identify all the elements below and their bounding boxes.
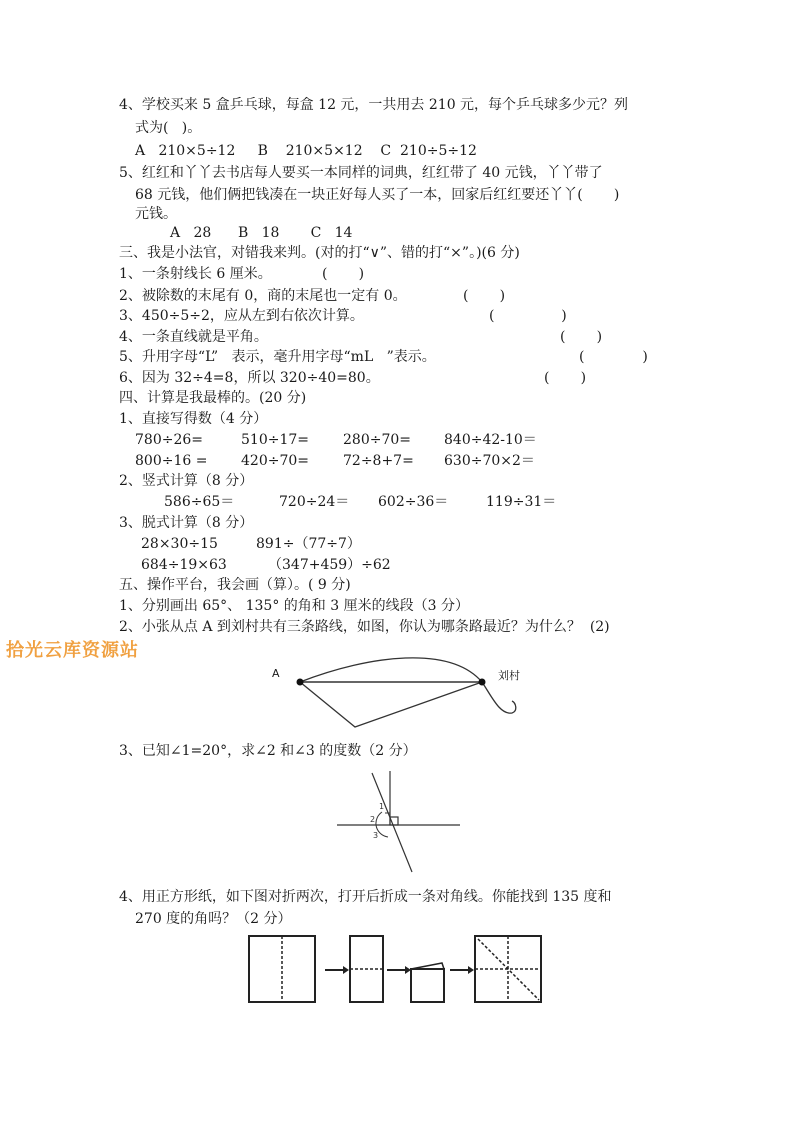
judge-item-6: 6、因为 32÷4=8，所以 320÷40=80。 (119, 369, 380, 387)
section-4-part2-title: 2、竖式计算（8 分） (119, 472, 253, 490)
judge-item-5: 5、升用字母“L” 表示，毫升用字母“mL ”表示。 (119, 348, 436, 366)
oral-calc-1-4: 840÷42-10＝ (444, 431, 537, 449)
point-a-label: A (272, 667, 280, 680)
section-4-part3-title: 3、脱式计算（8 分） (119, 514, 253, 532)
question-2-4-line1: 4、学校买来 5 盒乒乓球，每盒 12 元，一共用去 210 元，每个乒乓球多少… (119, 96, 628, 114)
svg-text:1: 1 (379, 802, 384, 811)
judge-item-4: 4、一条直线就是平角。 (119, 328, 268, 346)
operation-q4-line1: 4、用正方形纸，如下图对折两次，打开后折成一条对角线。你能找到 135 度和 (119, 888, 612, 906)
question-2-4-options: A 210×5÷12 B 210×5×12 C 210÷5÷12 (135, 142, 477, 160)
vertical-calc-4: 119÷31＝ (486, 493, 556, 511)
judge-item-1: 1、一条射线长 6 厘米。 (119, 265, 272, 283)
operation-q2: 2、小张从点 A 到刘村共有三条路线，如图，你认为哪条路最近？为什么？ (2) (119, 618, 610, 636)
step-calc-4: （347+459）÷62 (268, 556, 391, 574)
oral-calc-2-3: 72÷8+7= (343, 452, 414, 470)
operation-q4-line2: 270 度的角吗？（2 分） (135, 910, 292, 928)
judge-bracket-5[interactable]: ( ) (579, 348, 648, 366)
vertical-calc-3: 602÷36＝ (378, 493, 448, 511)
operation-q3: 3、已知∠1=20°，求∠2 和∠3 的度数（2 分） (119, 742, 417, 760)
svg-text:2: 2 (370, 815, 375, 824)
liucun-label: 刘村 (498, 667, 520, 683)
section-5-title: 五、操作平台，我会画（算）。( 9 分) (119, 576, 351, 594)
angle-figure: 1 2 3 (335, 768, 465, 873)
judge-bracket-4[interactable]: ( ) (560, 328, 602, 346)
oral-calc-2-4: 630÷70×2＝ (444, 452, 535, 470)
vertical-calc-2: 720÷24＝ (279, 493, 349, 511)
question-2-5-line1: 5、红红和丫丫去书店每人要买一本同样的词典，红红带了 40 元钱，丫丫带了 (119, 164, 603, 182)
question-2-4-line2: 式为( )。 (135, 119, 201, 137)
svg-text:3: 3 (373, 831, 378, 840)
step-calc-1: 28×30÷15 (141, 535, 218, 553)
watermark: 拾光云库资源站 (6, 636, 139, 662)
operation-q1: 1、分别画出 65°、 135° 的角和 3 厘米的线段（3 分） (119, 597, 469, 615)
oral-calc-2-2: 420÷70= (241, 452, 309, 470)
step-calc-3: 684÷19×63 (141, 556, 227, 574)
judge-item-2: 2、被除数的末尾有 0，商的末尾也一定有 0。 (119, 287, 407, 305)
question-2-5-line3: 元钱。 (135, 205, 177, 223)
question-2-5-line2: 68 元钱，他们俩把钱凑在一块正好每人买了一本，回家后红红要还丫丫( ) (135, 186, 619, 204)
judge-bracket-3[interactable]: ( ) (489, 307, 567, 325)
question-2-5-options: A 28 B 18 C 14 (170, 224, 352, 242)
section-3-title: 三、我是小法官，对错我来判。(对的打“∨”、错的打“×”。)(6 分) (119, 244, 520, 262)
oral-calc-1-1: 780÷26= (135, 431, 203, 449)
section-4-part1-title: 1、直接写得数（4 分） (119, 410, 267, 428)
oral-calc-1-3: 280÷70= (343, 431, 411, 449)
judge-bracket-6[interactable]: ( ) (544, 369, 586, 387)
oral-calc-1-2: 510÷17= (241, 431, 309, 449)
judge-bracket-2[interactable]: ( ) (463, 287, 505, 305)
vertical-calc-1: 586÷65＝ (164, 493, 234, 511)
section-4-title: 四、计算是我最棒的。(20 分) (119, 389, 306, 407)
judge-bracket-1[interactable]: ( ) (322, 265, 364, 283)
route-figure: A 刘村 (260, 655, 530, 745)
oral-calc-2-1: 800÷16 = (135, 452, 207, 470)
step-calc-2: 891÷（77÷7） (256, 535, 361, 553)
folding-figure (245, 933, 545, 1005)
judge-item-3: 3、450÷5÷2，应从左到右依次计算。 (119, 307, 364, 325)
